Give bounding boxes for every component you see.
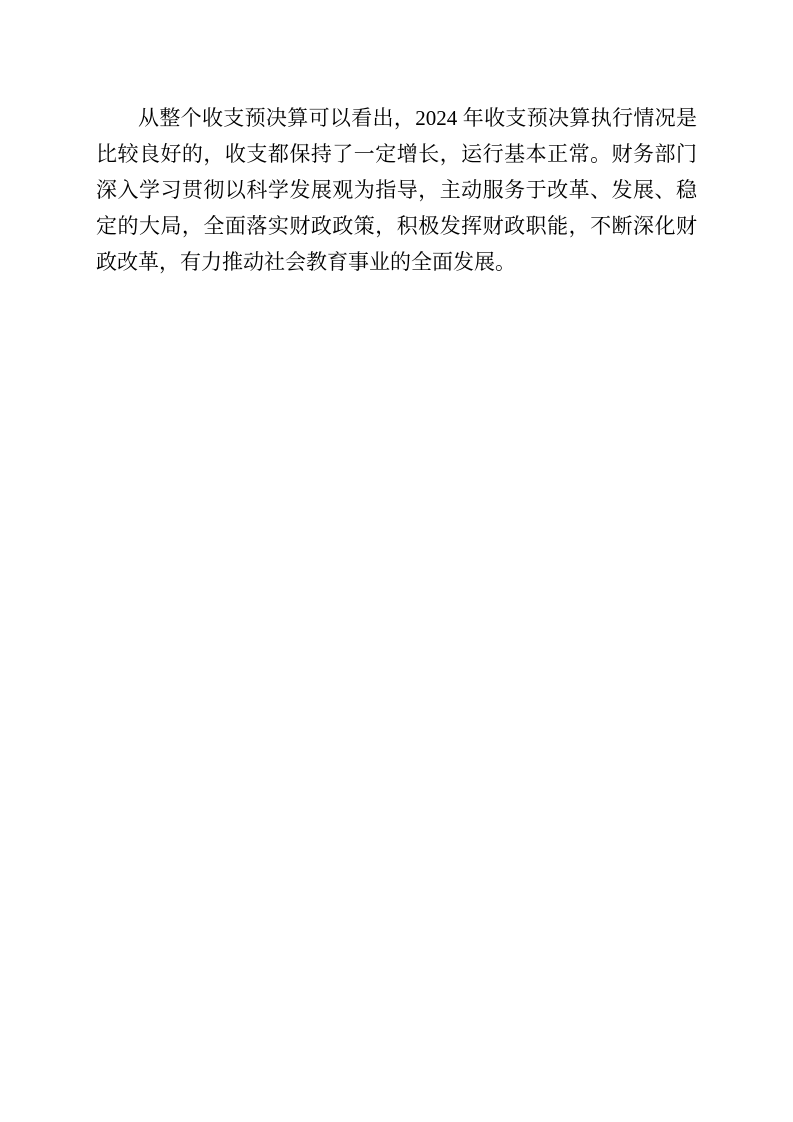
- body-paragraph: 从整个收支预决算可以看出，2024 年收支预决算执行情况是比较良好的，收支都保持…: [96, 100, 697, 280]
- document-page: 从整个收支预决算可以看出，2024 年收支预决算执行情况是比较良好的，收支都保持…: [0, 0, 793, 1122]
